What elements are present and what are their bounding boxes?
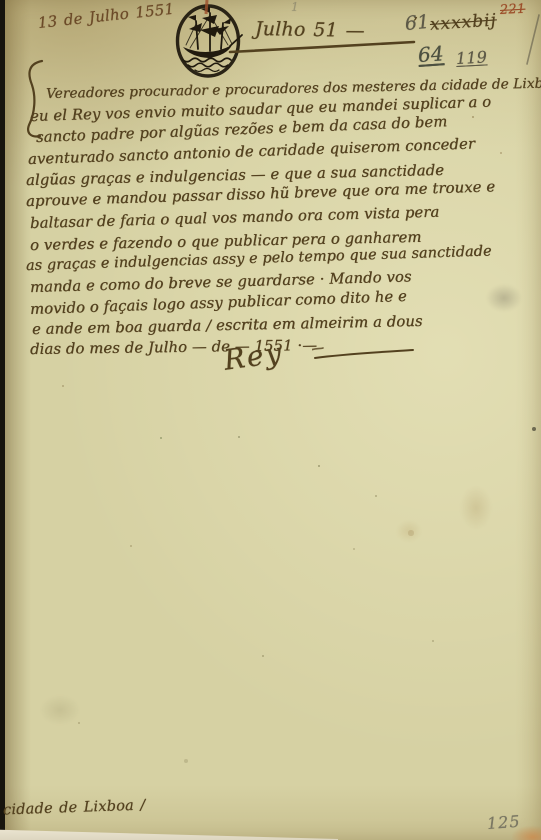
annotation-number-221: 221 [500, 2, 526, 18]
tick-mark: ’ [413, 14, 418, 32]
page-number: 125 [486, 812, 521, 833]
annotation-number-64: 64 [417, 41, 444, 67]
annotation-number-119: 119 [456, 47, 488, 68]
paper-specks [0, 0, 2, 2]
signature-flourish [312, 344, 418, 364]
faint-mark: 1 [291, 0, 299, 14]
underline-stroke [228, 38, 418, 56]
manuscript-scan: 13 de Julho 1551 Julho 51 — 61 221 ’ xxx… [0, 0, 541, 840]
slash-stroke [524, 12, 541, 68]
